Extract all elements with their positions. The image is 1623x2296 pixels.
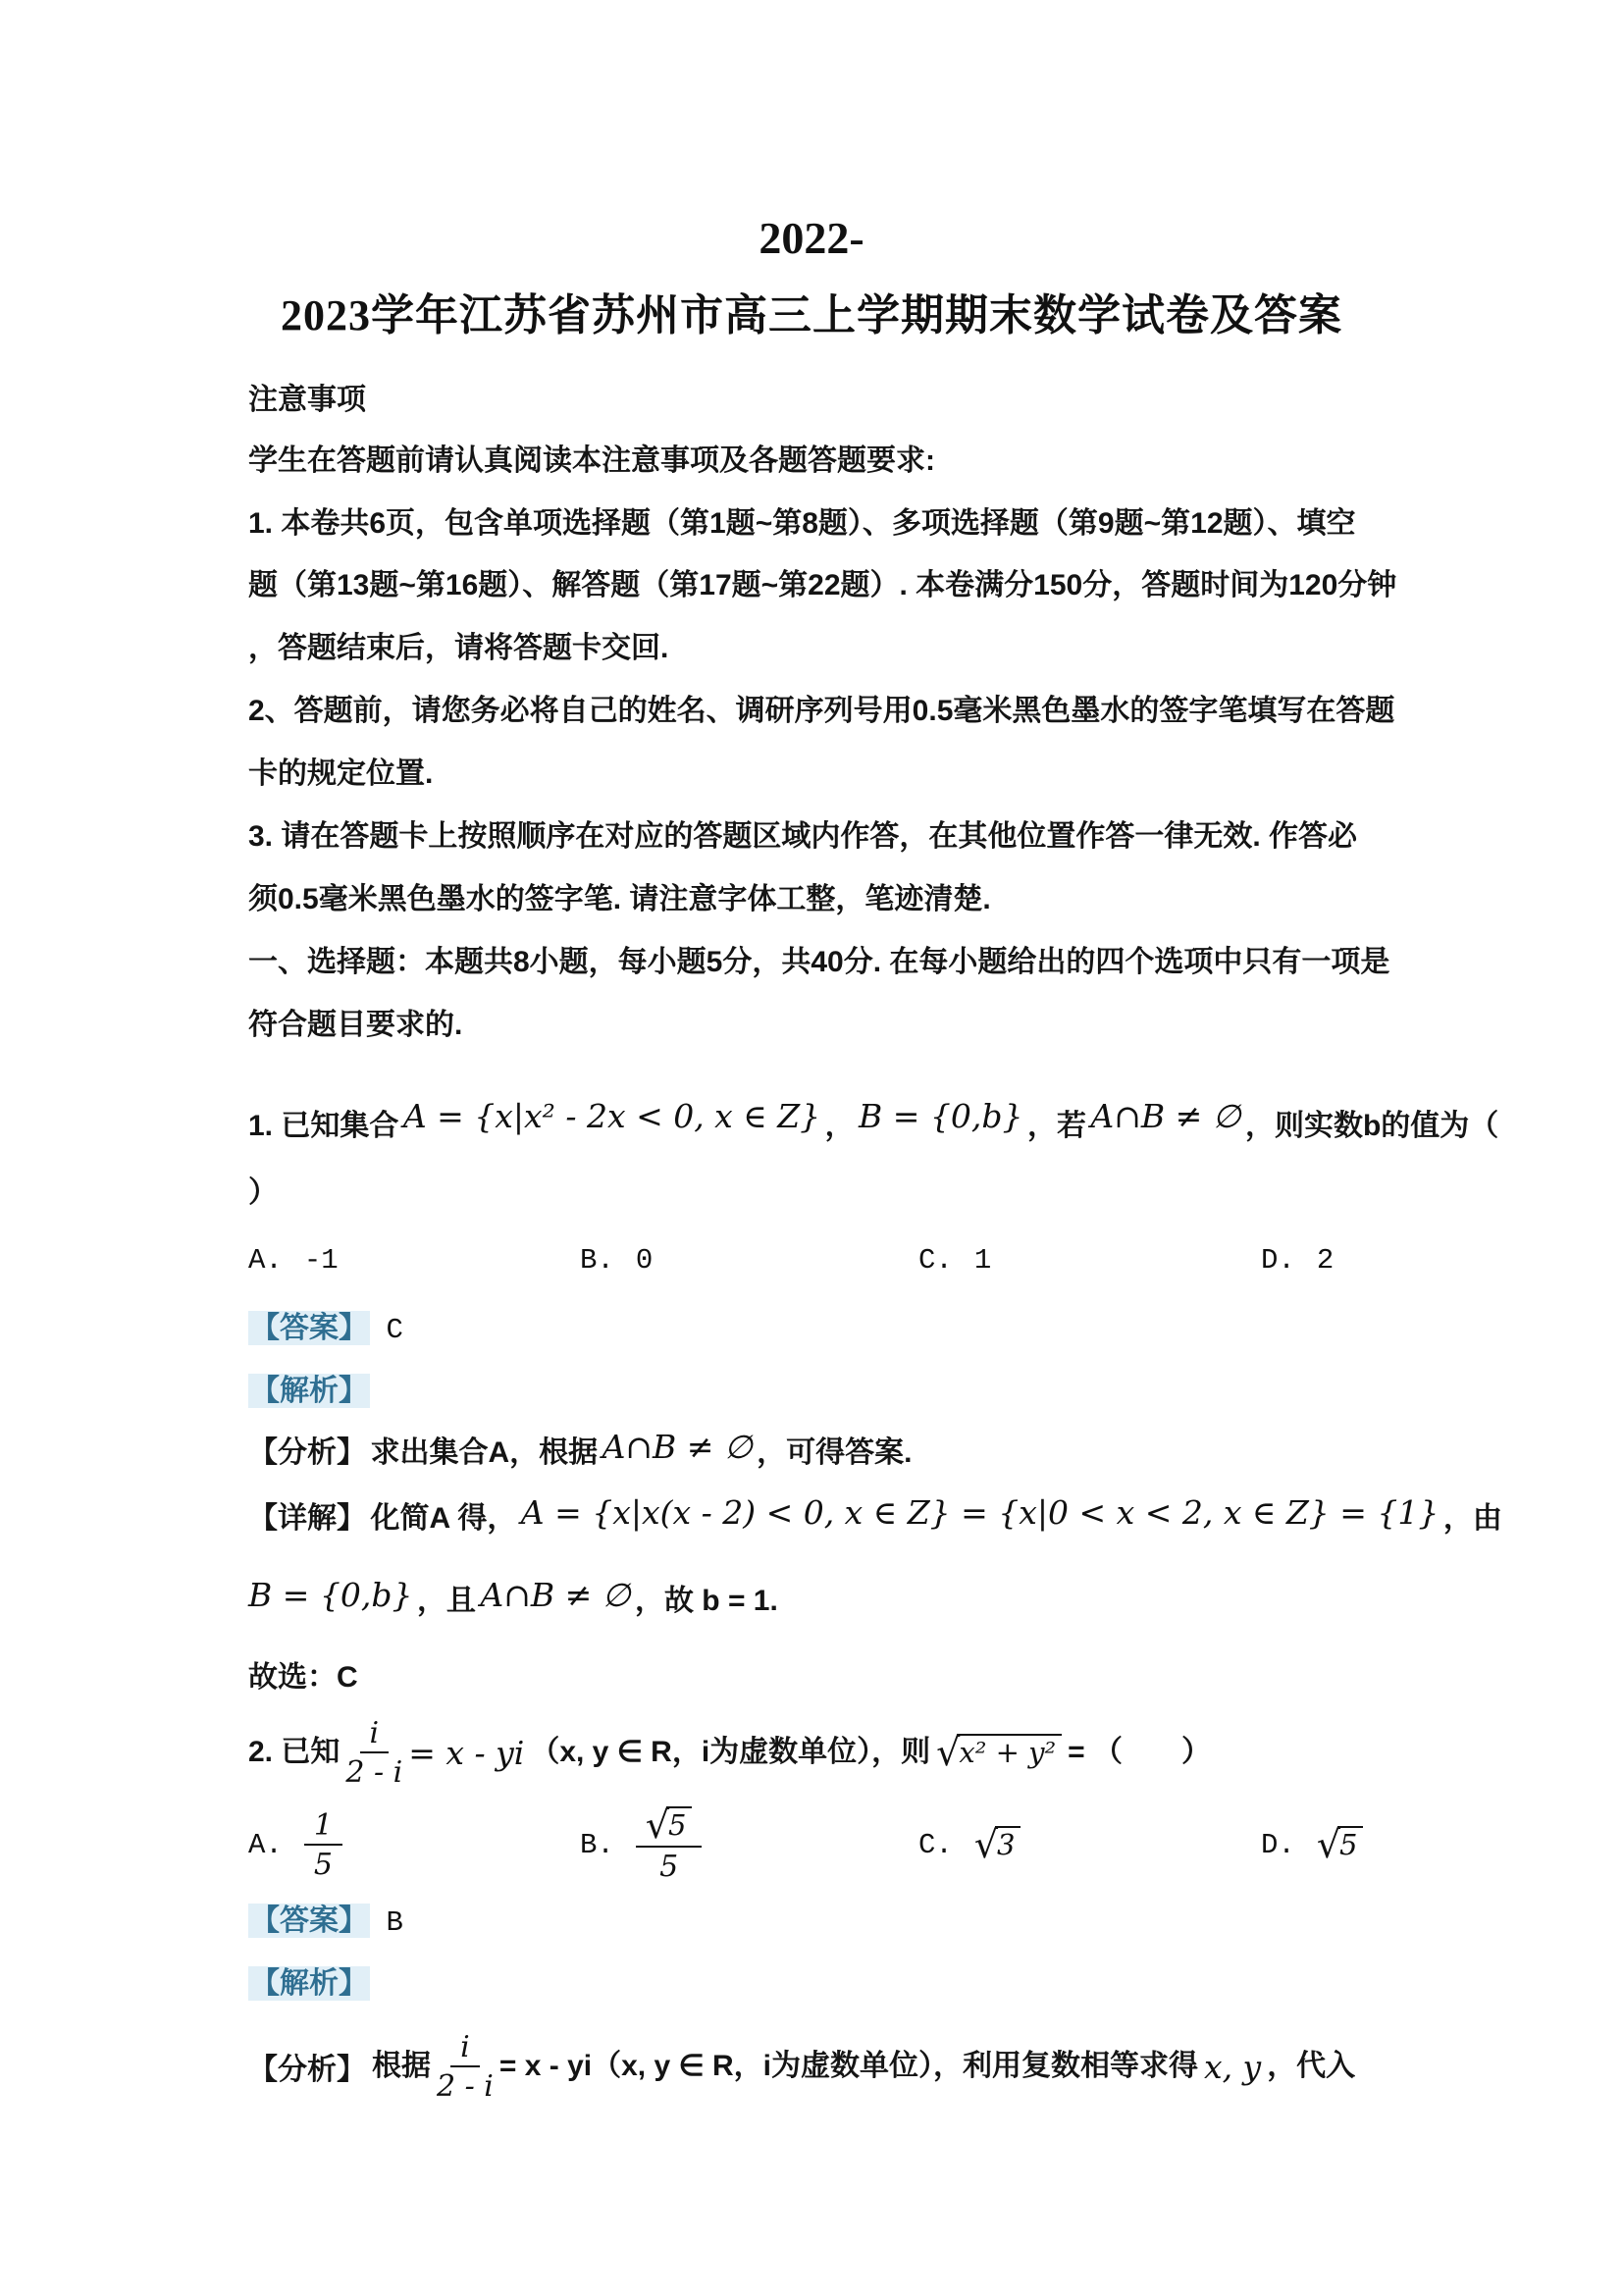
document-title-line2: 2023学年江苏省苏州市高三上学期期末数学试卷及答案 — [0, 294, 1623, 338]
q2-option-d: D. √ 5 — [1261, 1800, 1363, 1890]
notice-item2-line1: 2、答题前，请您务必将自己的姓名、调研序列号用0.5毫米黑色墨水的签字笔填写在答… — [248, 694, 1394, 729]
q2-option-a-denominator: 5 — [314, 1846, 333, 1881]
q2-fenxi-xy: x, y — [1204, 2048, 1261, 2086]
notice-item1-line2: 题（第13题~第16题）、解答题（第17题~第22题）. 本卷满分150分，答题… — [248, 568, 1396, 603]
q1-close-paren: ） — [248, 1175, 278, 1211]
notice-item3-line2: 须0.5毫米黑色墨水的签字笔. 请注意字体工整，笔迹清楚. — [248, 882, 991, 917]
q1-line2-mid: ，且 — [417, 1585, 476, 1617]
q2-option-b-denominator: 5 — [659, 1848, 678, 1883]
q1-prefix: 1. 已知集合 — [248, 1110, 398, 1142]
q1-suffix-text: ，则实数b的值为（ — [1245, 1110, 1498, 1142]
q1-xiangjie-pre: 化简A 得， — [370, 1502, 516, 1535]
q2-fenxi-mid: = x - yi（x, y ∈ R，i为虚数单位），利用复数相等求得 — [499, 2049, 1198, 2084]
q2-paren-text: （x, y ∈ R，i为虚数单位），则 — [530, 1735, 930, 1770]
q1-option-d-value: 2 — [1317, 1244, 1334, 1277]
q1-answer-value: C — [386, 1314, 402, 1346]
q1-option-a-value: -1 — [304, 1244, 339, 1277]
q2-fraction: i 2 - i — [345, 1717, 402, 1789]
q1-intersection-formula: A∩B ≠ ∅ — [1090, 1097, 1240, 1135]
q1-set-b-formula: B = {0,b} — [859, 1097, 1022, 1135]
q2-option-c-sqrt-radicand: 3 — [995, 1826, 1021, 1859]
q1-option-d-label: D. — [1261, 1244, 1295, 1277]
q1-fenxi-post: ，可得答案. — [757, 1436, 912, 1469]
q1-line2-post: ，故 b = 1. — [635, 1585, 778, 1617]
q2-prefix: 2. 已知 — [248, 1735, 340, 1770]
section-heading-line1: 一、选择题：本题共8小题，每小题5分，共40分. 在每小题给出的四个选项中只有一… — [248, 945, 1389, 980]
section-heading-line2: 符合题目要求的. — [248, 1008, 462, 1043]
q2-option-b-fraction: √5 5 — [636, 1806, 703, 1883]
q2-fraction-denominator: 2 - i — [345, 1753, 402, 1789]
q1-options-row: A. -1 B. 0 C. 1 D. 2 — [248, 1240, 1622, 1279]
q2-option-b-sqrt: √5 — [646, 1806, 693, 1844]
q1-option-a-label: A. — [248, 1244, 283, 1277]
q2-option-b: B. √5 5 — [580, 1800, 702, 1890]
q1-jiexi-line: 【解析】 — [248, 1366, 370, 1409]
q1-option-a: A. -1 — [248, 1240, 339, 1279]
q2-option-b-sqrt-radicand: 5 — [666, 1806, 692, 1840]
q2-option-a-fraction: 1 5 — [304, 1809, 342, 1881]
q1-detail-line2: B = {0,b} ，且 A∩B ≠ ∅ ，故 b = 1. — [248, 1580, 778, 1619]
q1-option-b-label: B. — [580, 1244, 614, 1277]
q2-fenxi-fraction-denominator: 2 - i — [437, 2067, 494, 2103]
q1-line2-formula2: A∩B ≠ ∅ — [480, 1576, 630, 1614]
q1-line2-formula1: B = {0,b} — [248, 1576, 412, 1614]
q2-answer-value: B — [386, 1906, 402, 1939]
exam-document-page: 2022- 2023学年江苏省苏州市高三上学期期末数学试卷及答案 注意事项 学生… — [0, 0, 1623, 2296]
q1-xiangjie-formula: A = {x|x(x - 2) < 0, x ∈ Z} = {x|0 < x <… — [521, 1493, 1440, 1532]
q1-set-a-formula: A = {x|x² - 2x < 0, x ∈ Z} — [403, 1097, 820, 1135]
q2-equation: = x - yi — [408, 1734, 524, 1772]
q2-sqrt-radicand: x² + y² — [957, 1734, 1062, 1767]
q1-fenxi-label: 【分析】 — [248, 1436, 366, 1469]
q1-option-d: D. 2 — [1261, 1240, 1334, 1279]
q2-fenxi-line: 【分析】 根据 i 2 - i = x - yi（x, y ∈ R，i为虚数单位… — [248, 2019, 1355, 2113]
q2-fraction-numerator: i — [360, 1717, 390, 1753]
q1-answer-line: 【答案】 C — [248, 1303, 403, 1346]
q1-fenxi-formula: A∩B ≠ ∅ — [602, 1428, 753, 1466]
notice-item1-line3: ，答题结束后，请将答题卡交回. — [248, 631, 668, 666]
q2-fenxi-label: 【分析】 — [248, 2045, 366, 2088]
q2-equals-blank: = （ ） — [1068, 1735, 1211, 1770]
notice-item1-line1: 1. 本卷共6页，包含单项选择题（第1题~第8题）、多项选择题（第9题~第12题… — [248, 506, 1356, 542]
q2-option-b-label: B. — [580, 1829, 614, 1861]
question-1-stem: 1. 已知集合 A = {x|x² - 2x < 0, x ∈ Z} ， B =… — [248, 1105, 1498, 1144]
q1-xiangjie-line: 【详解】 化简A 得， A = {x|x(x - 2) < 0, x ∈ Z} … — [248, 1493, 1502, 1537]
q2-option-c-label: C. — [918, 1829, 953, 1861]
q1-fenxi-pre: 求出集合A，根据 — [370, 1436, 598, 1469]
notice-item2-line2: 卡的规定位置. — [248, 757, 433, 792]
q1-xiangjie-post: ，由 — [1443, 1502, 1502, 1535]
q2-jiexi-line: 【解析】 — [248, 1958, 370, 2002]
q2-option-a-label: A. — [248, 1829, 283, 1861]
q2-jiexi-label: 【解析】 — [248, 1966, 370, 2001]
q2-sqrt: √ x² + y² — [936, 1734, 1062, 1771]
q2-fenxi-post: ，代入 — [1267, 2049, 1355, 2084]
q1-answer-label: 【答案】 — [248, 1311, 370, 1345]
document-title-line1: 2022- — [0, 216, 1623, 261]
q2-option-d-label: D. — [1261, 1829, 1295, 1861]
q2-fenxi-pre: 根据 — [372, 2049, 431, 2084]
q1-conclusion: 故选：C — [248, 1660, 358, 1696]
q1-comma: ， — [825, 1110, 855, 1142]
q2-fenxi-fraction-numerator: i — [450, 2031, 480, 2067]
q2-answer-label: 【答案】 — [248, 1904, 370, 1938]
question-2-stem: 2. 已知 i 2 - i = x - yi （x, y ∈ R，i为虚数单位）… — [248, 1712, 1211, 1793]
notice-item3-line1: 3. 请在答题卡上按照顺序在对应的答题区域内作答，在其他位置作答一律无效. 作答… — [248, 819, 1357, 855]
q1-option-b: B. 0 — [580, 1240, 653, 1279]
q2-option-d-sqrt: √ 5 — [1317, 1826, 1364, 1863]
q2-option-c-sqrt: √ 3 — [974, 1826, 1021, 1863]
q2-option-c: C. √ 3 — [918, 1800, 1021, 1890]
q2-answer-line: 【答案】 B — [248, 1896, 403, 1939]
q2-option-b-numerator: √5 — [636, 1806, 703, 1848]
notice-heading: 注意事项 — [248, 383, 366, 418]
q1-fenxi-line: 【分析】 求出集合A，根据 A∩B ≠ ∅ ，可得答案. — [248, 1428, 912, 1471]
q2-option-d-sqrt-radicand: 5 — [1337, 1826, 1363, 1859]
q1-xiangjie-label: 【详解】 — [248, 1502, 366, 1535]
q1-mid-text: ，若 — [1027, 1110, 1086, 1142]
q1-option-c: C. 1 — [918, 1240, 991, 1279]
q1-jiexi-label: 【解析】 — [248, 1374, 370, 1408]
q2-fenxi-fraction: i 2 - i — [437, 2031, 494, 2103]
q1-option-c-value: 1 — [974, 1244, 991, 1277]
q2-option-a: A. 1 5 — [248, 1800, 342, 1890]
q1-option-b-value: 0 — [636, 1244, 653, 1277]
q1-option-c-label: C. — [918, 1244, 953, 1277]
notice-intro: 学生在答题前请认真阅读本注意事项及各题答题要求: — [248, 444, 935, 479]
q2-options-row: A. 1 5 B. √5 5 C. √ 3 D. √ 5 — [248, 1800, 1622, 1890]
q2-option-a-numerator: 1 — [304, 1809, 342, 1846]
